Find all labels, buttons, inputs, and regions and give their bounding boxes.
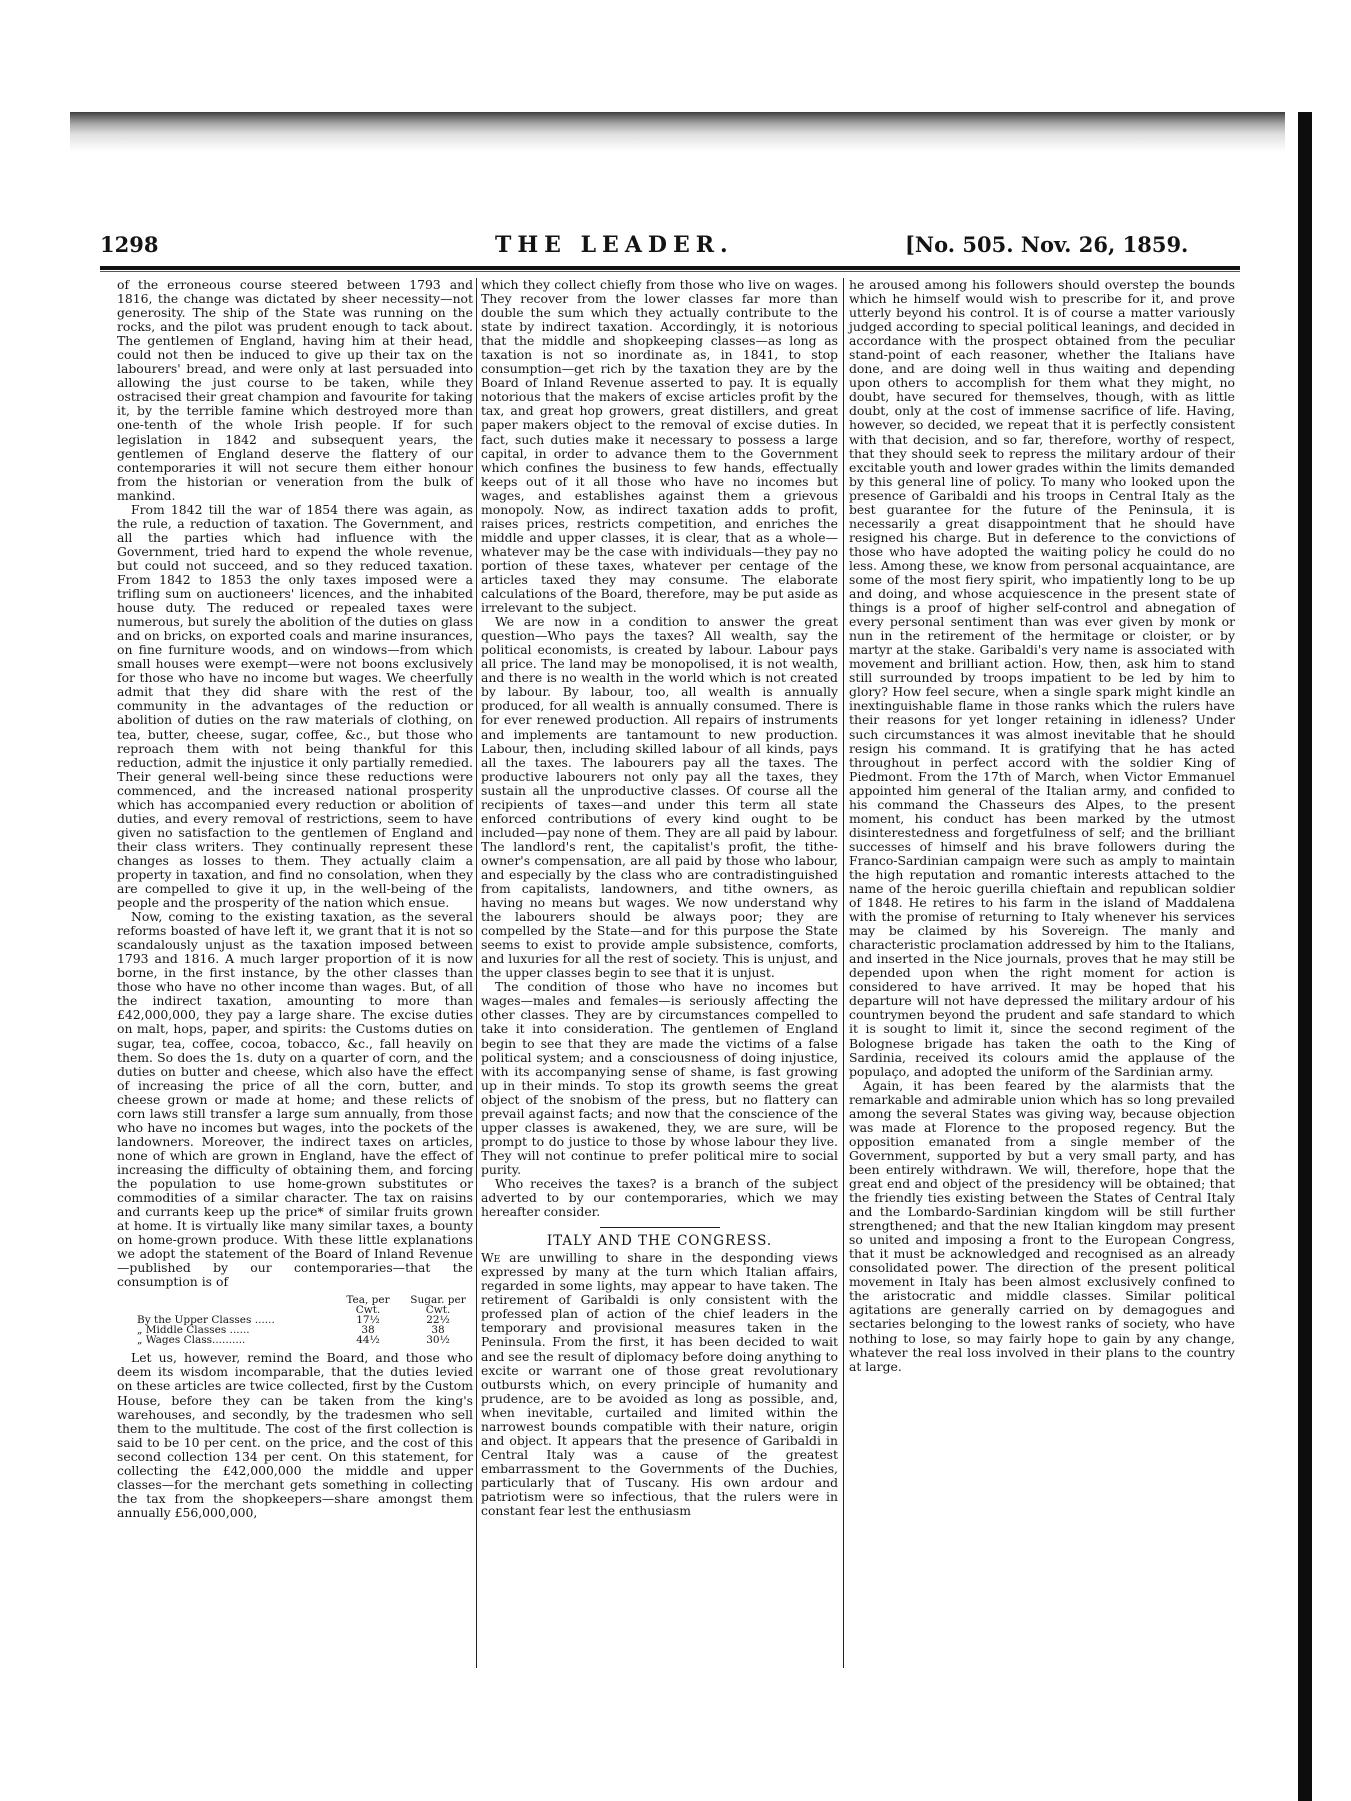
paragraph: of the erroneous course steered between …: [117, 278, 473, 503]
paragraph: From 1842 till the war of 1854 there was…: [117, 503, 473, 910]
issue-date: [No. 505. Nov. 26, 1859.: [905, 232, 1188, 257]
column-header-sugar: Sugar. per Cwt.: [403, 1295, 473, 1315]
column-divider: [476, 278, 477, 1668]
consumption-table: Tea, per Cwt. Sugar. per Cwt. By the Upp…: [117, 1295, 473, 1345]
section-divider: [600, 1227, 720, 1228]
paragraph: which they collect chiefly from those wh…: [481, 278, 838, 615]
drop-word: We: [481, 1250, 500, 1265]
column-header-tea: Tea, per Cwt.: [333, 1295, 403, 1315]
paragraph: We are unwilling to share in the despond…: [481, 1251, 838, 1518]
column-divider: [843, 278, 844, 1668]
masthead-rule-thin: [100, 271, 1240, 272]
paragraph: Who receives the taxes? is a branch of t…: [481, 1177, 838, 1219]
column-2: which they collect chiefly from those wh…: [481, 278, 838, 1518]
newspaper-title: THE LEADER.: [495, 232, 734, 258]
page-number: 1298: [100, 232, 158, 257]
scan-edge-shadow: [70, 112, 1285, 152]
paragraph: Again, it has been feared by the alarmis…: [849, 1079, 1235, 1374]
paragraph: The condition of those who have no incom…: [481, 980, 838, 1177]
scan-right-edge: [1298, 112, 1312, 1801]
masthead: 1298 THE LEADER. [No. 505. Nov. 26, 1859…: [100, 232, 1240, 262]
table-row: „ Wages Class.......... 44½ 30½: [117, 1335, 473, 1345]
paragraph: We are now in a condition to answer the …: [481, 615, 838, 980]
paragraph: Let us, however, remind the Board, and t…: [117, 1351, 473, 1520]
article-heading: ITALY AND THE CONGRESS.: [481, 1234, 838, 1248]
column-3: he aroused among his followers should ov…: [849, 278, 1235, 1374]
paragraph: Now, coming to the existing taxation, as…: [117, 910, 473, 1289]
masthead-rule: [100, 266, 1240, 270]
paragraph: he aroused among his followers should ov…: [849, 278, 1235, 1079]
column-1: of the erroneous course steered between …: [117, 278, 473, 1520]
